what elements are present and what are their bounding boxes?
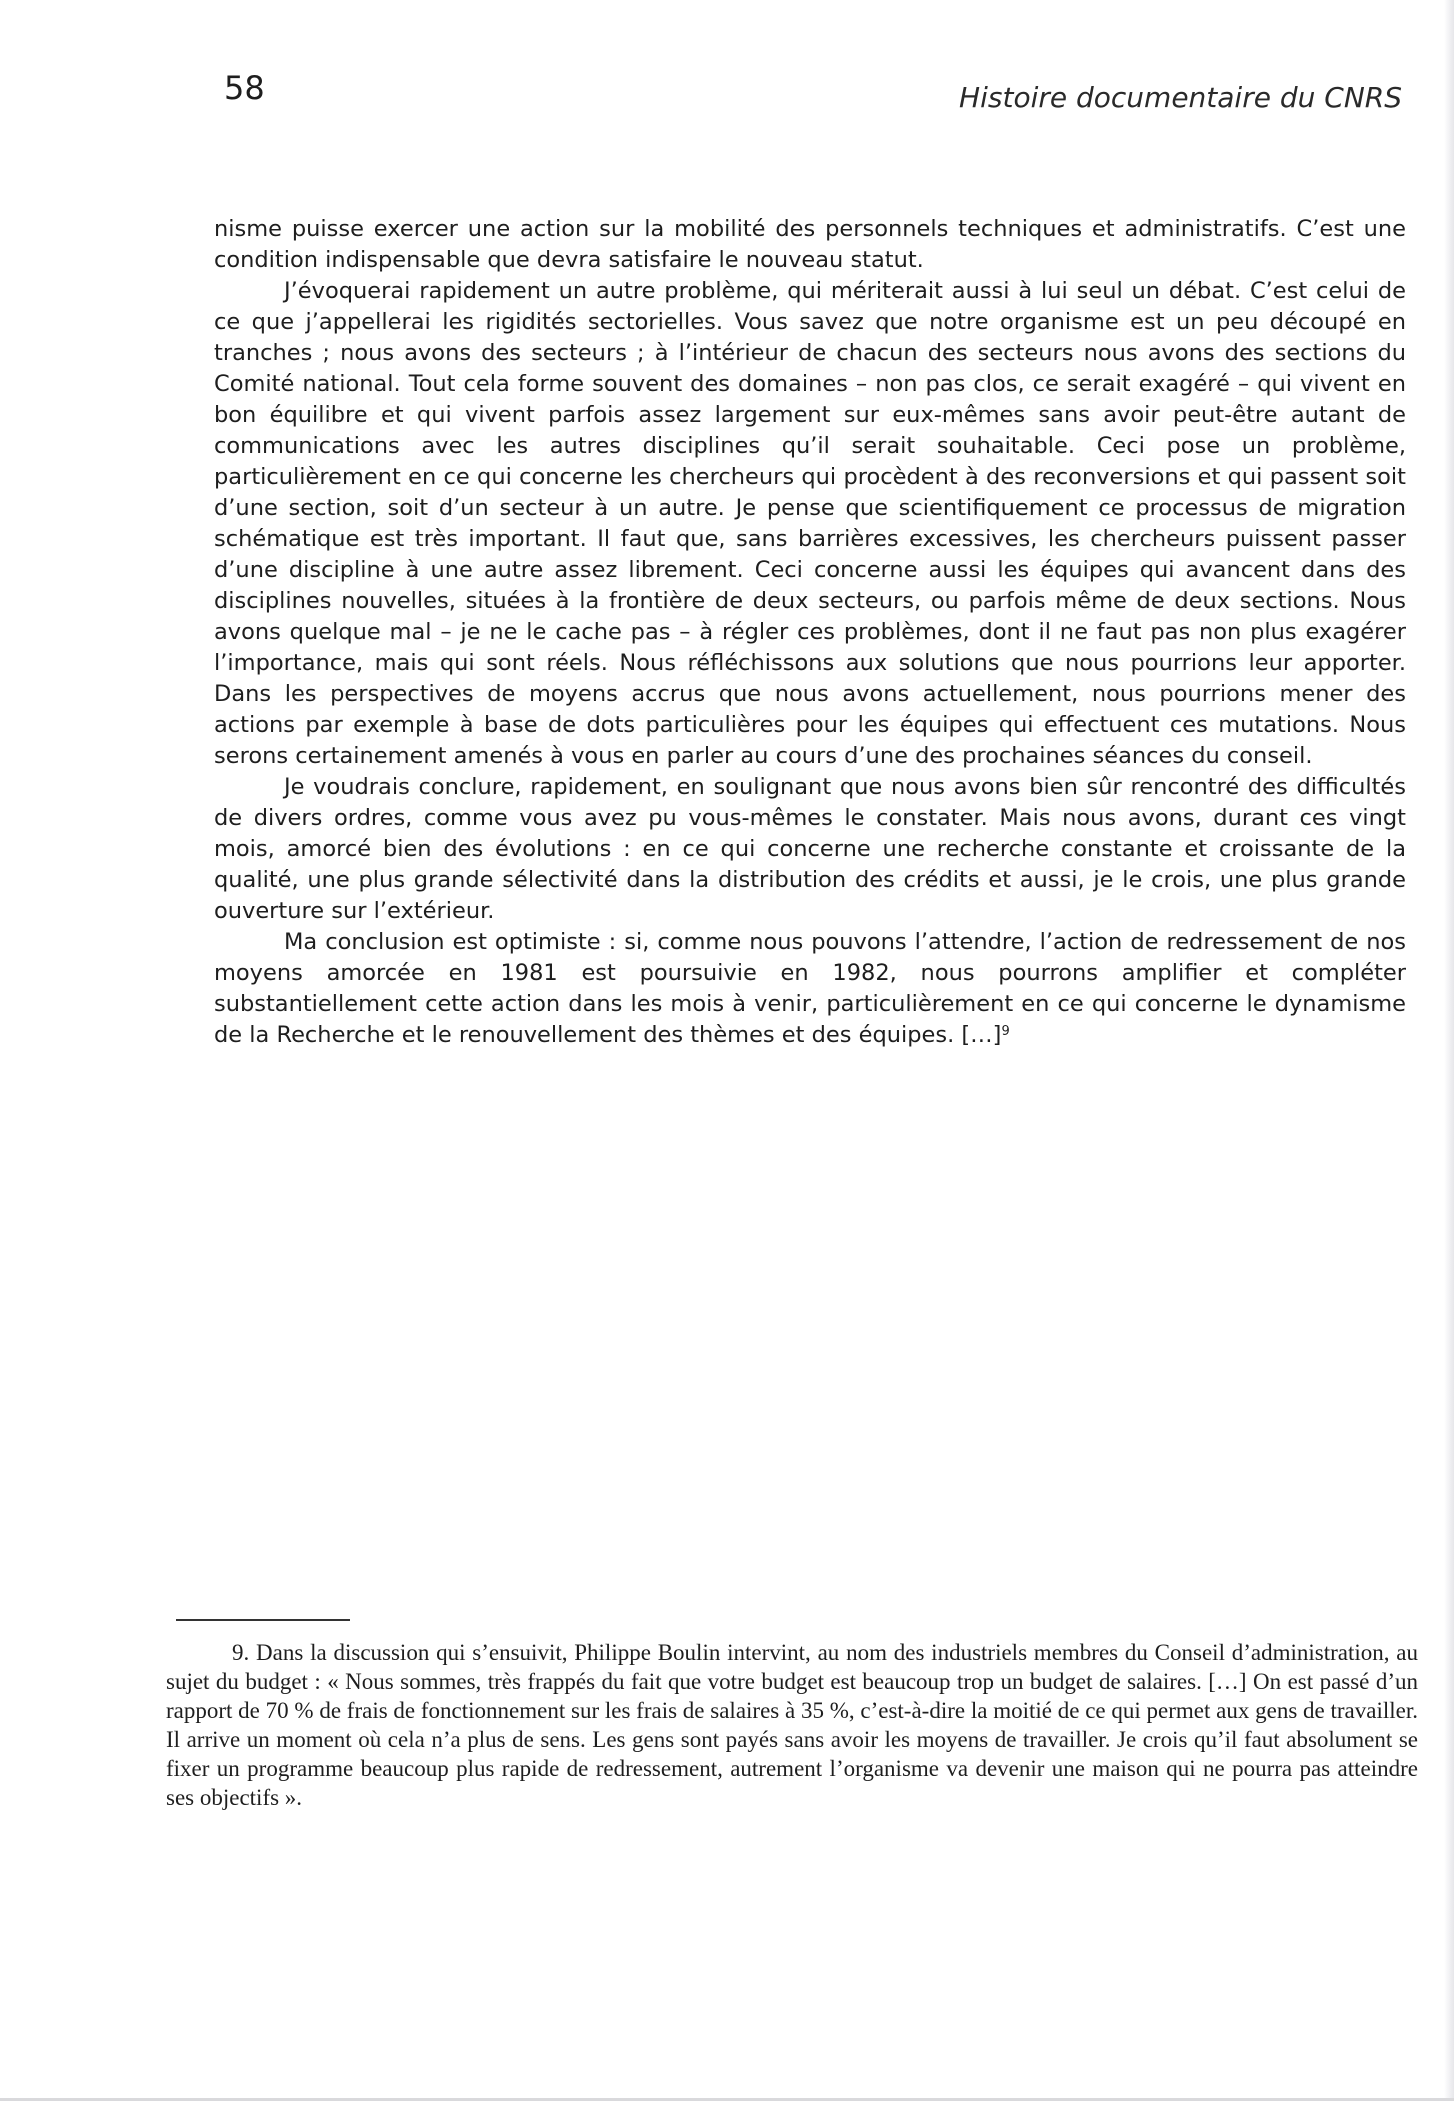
footnote-reference[interactable]: 9 <box>1001 1024 1009 1039</box>
footnote-section: 9. Dans la discussion qui s’ensuivit, Ph… <box>166 1638 1418 1812</box>
footnote: 9. Dans la discussion qui s’ensuivit, Ph… <box>166 1638 1418 1812</box>
paragraph-last: Ma conclusion est optimiste : si, comme … <box>214 927 1406 1051</box>
running-title: Histoire documentaire du CNRS <box>959 84 1402 112</box>
paragraph: J’évoquerai rapidement un autre problème… <box>214 276 1406 772</box>
page-number: 58 <box>224 72 265 104</box>
paragraph-text: Ma conclusion est optimiste : si, comme … <box>214 929 1406 1048</box>
footnote-separator <box>176 1619 350 1621</box>
paragraph: nisme puisse exercer une action sur la m… <box>214 214 1406 276</box>
footnote-text: Dans la discussion qui s’ensuivit, Phili… <box>166 1640 1418 1810</box>
paragraph: Je voudrais conclure, rapidement, en sou… <box>214 772 1406 927</box>
body-text: nisme puisse exercer une action sur la m… <box>214 214 1406 1051</box>
page-edge-shadow <box>1444 0 1454 2101</box>
footnote-number: 9. <box>232 1640 249 1665</box>
